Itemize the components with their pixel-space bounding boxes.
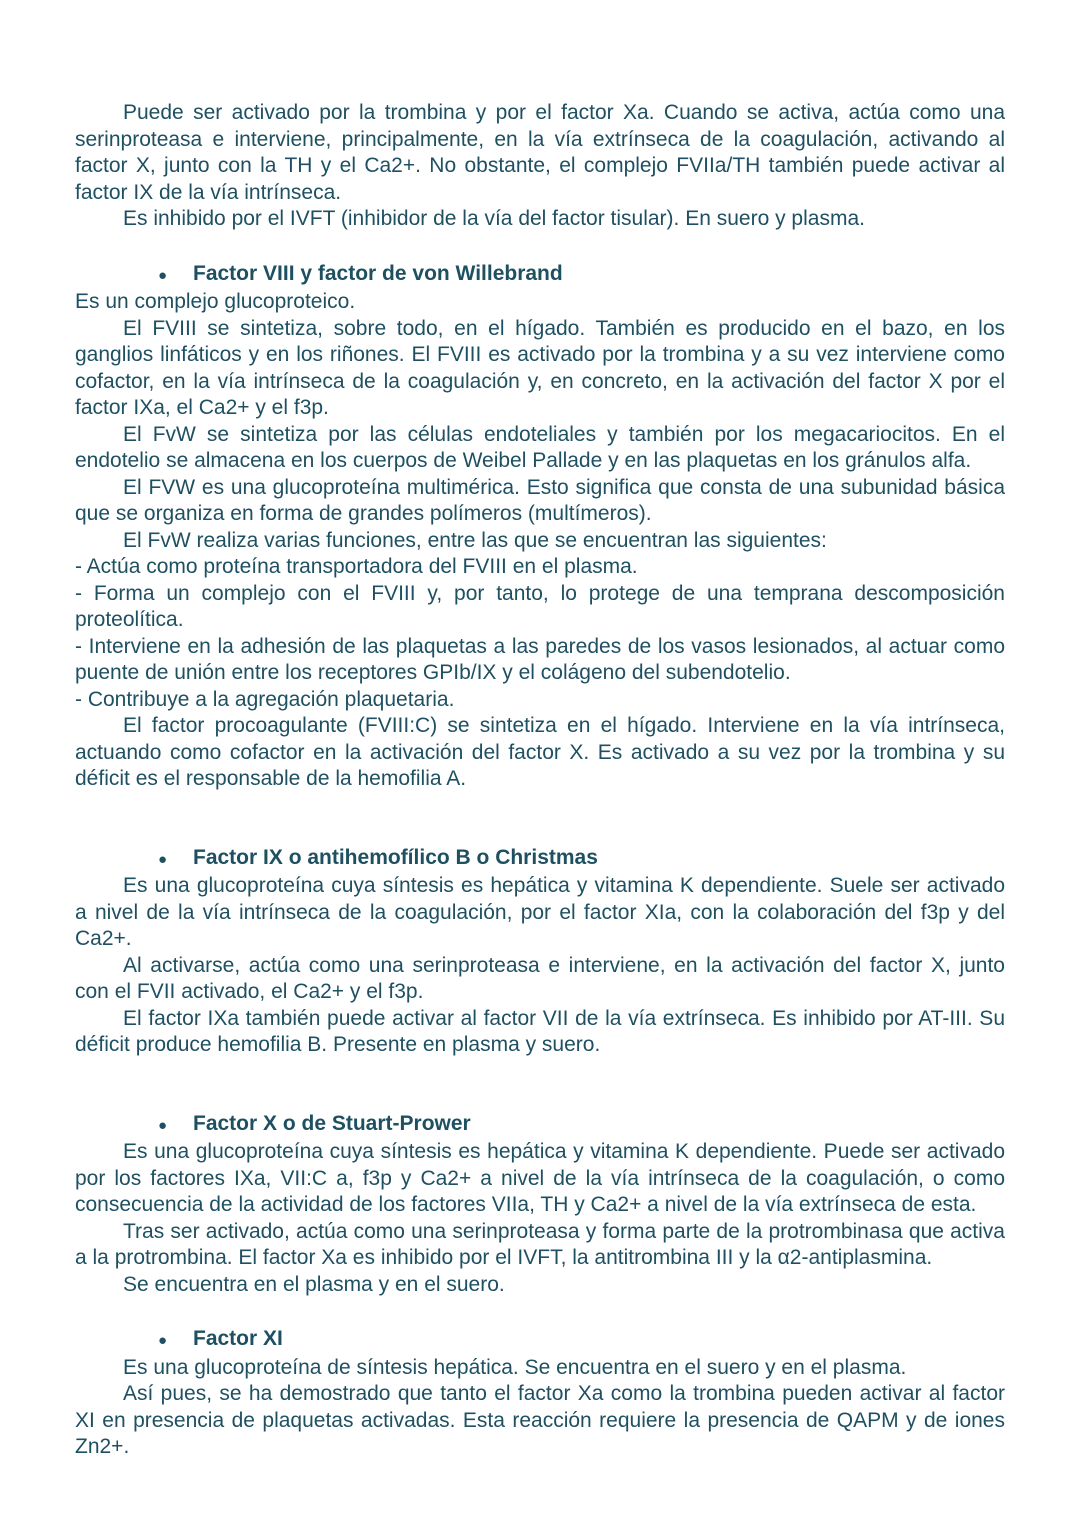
paragraph: El FvW se sintetiza por las células endo…: [75, 422, 1005, 475]
section-heading: ●Factor X o de Stuart-Prower: [158, 1111, 1005, 1140]
dash-list-item: - Forma un complejo con el FVIII y, por …: [75, 581, 1005, 634]
section-heading-text: Factor XI: [193, 1326, 283, 1353]
section-heading: ●Factor XI: [158, 1326, 1005, 1355]
paragraph: Es una glucoproteína cuya síntesis es he…: [75, 873, 1005, 953]
paragraph: El FvW realiza varias funciones, entre l…: [75, 528, 1005, 555]
bullet-icon: ●: [158, 847, 193, 874]
paragraph: Así pues, se ha demostrado que tanto el …: [75, 1381, 1005, 1461]
section-heading-text: Factor X o de Stuart-Prower: [193, 1111, 471, 1138]
paragraph: El factor IXa también puede activar al f…: [75, 1006, 1005, 1059]
document-body: Puede ser activado por la trombina y por…: [0, 0, 1080, 1461]
paragraph: El FVIII se sintetiza, sobre todo, en el…: [75, 316, 1005, 422]
paragraph: Puede ser activado por la trombina y por…: [75, 100, 1005, 206]
dash-list-item: - Interviene en la adhesión de las plaqu…: [75, 634, 1005, 687]
section-heading: ●Factor VIII y factor de von Willebrand: [158, 261, 1005, 290]
paragraph: Se encuentra en el plasma y en el suero.: [75, 1272, 1005, 1299]
bullet-icon: ●: [158, 263, 193, 290]
paragraph: El FVW es una glucoproteína multimérica.…: [75, 475, 1005, 528]
dash-list-item: - Contribuye a la agregación plaquetaria…: [75, 687, 1005, 714]
bullet-icon: ●: [158, 1328, 193, 1355]
paragraph: Es una glucoproteína de síntesis hepátic…: [75, 1355, 1005, 1382]
paragraph: Es inhibido por el IVFT (inhibidor de la…: [75, 206, 1005, 233]
section-heading: ●Factor IX o antihemofílico B o Christma…: [158, 845, 1005, 874]
paragraph: Es un complejo glucoproteico.: [75, 289, 1005, 316]
paragraph: Tras ser activado, actúa como una serinp…: [75, 1219, 1005, 1272]
paragraph: Es una glucoproteína cuya síntesis es he…: [75, 1139, 1005, 1219]
document-page: Puede ser activado por la trombina y por…: [0, 0, 1080, 1525]
section-heading-text: Factor IX o antihemofílico B o Christmas: [193, 845, 598, 872]
paragraph: El factor procoagulante (FVIII:C) se sin…: [75, 713, 1005, 793]
section-heading-text: Factor VIII y factor de von Willebrand: [193, 261, 563, 288]
bullet-icon: ●: [158, 1113, 193, 1140]
paragraph: Al activarse, actúa como una serinprotea…: [75, 953, 1005, 1006]
dash-list-item: - Actúa como proteína transportadora del…: [75, 554, 1005, 581]
